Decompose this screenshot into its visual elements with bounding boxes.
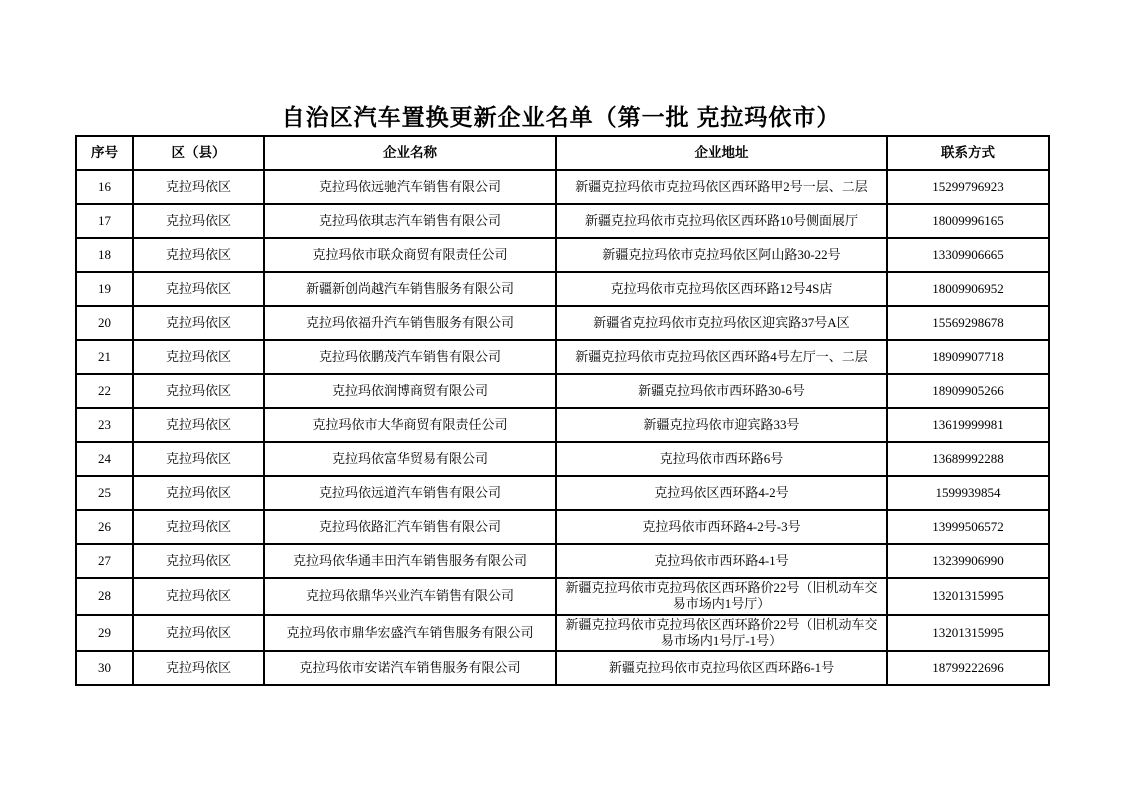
- table-row: 17克拉玛依区克拉玛依琪志汽车销售有限公司新疆克拉玛依市克拉玛依区西环路10号侧…: [76, 204, 1049, 238]
- phone-cell: 13309906665: [887, 238, 1049, 272]
- phone-cell: 13201315995: [887, 615, 1049, 652]
- row-number-cell: 21: [76, 340, 133, 374]
- header-company-name: 企业名称: [264, 136, 556, 170]
- header-company-address: 企业地址: [556, 136, 887, 170]
- phone-cell: 13689992288: [887, 442, 1049, 476]
- district-cell: 克拉玛依区: [133, 340, 264, 374]
- company-name-cell: 克拉玛依福升汽车销售服务有限公司: [264, 306, 556, 340]
- row-number-cell: 18: [76, 238, 133, 272]
- table-row: 20克拉玛依区克拉玛依福升汽车销售服务有限公司新疆省克拉玛依市克拉玛依区迎宾路3…: [76, 306, 1049, 340]
- district-cell: 克拉玛依区: [133, 544, 264, 578]
- company-name-cell: 克拉玛依富华贸易有限公司: [264, 442, 556, 476]
- phone-cell: 15569298678: [887, 306, 1049, 340]
- company-name-cell: 克拉玛依市大华商贸有限责任公司: [264, 408, 556, 442]
- table-row: 25克拉玛依区克拉玛依远道汽车销售有限公司克拉玛依区西环路4-2号1599939…: [76, 476, 1049, 510]
- company-address-cell: 克拉玛依区西环路4-2号: [556, 476, 887, 510]
- phone-cell: 13239906990: [887, 544, 1049, 578]
- company-name-cell: 克拉玛依鼎华兴业汽车销售有限公司: [264, 578, 556, 615]
- row-number-cell: 30: [76, 651, 133, 685]
- phone-cell: 18009906952: [887, 272, 1049, 306]
- company-name-cell: 克拉玛依远道汽车销售有限公司: [264, 476, 556, 510]
- company-name-cell: 克拉玛依远驰汽车销售有限公司: [264, 170, 556, 204]
- table-row: 26克拉玛依区克拉玛依路汇汽车销售有限公司克拉玛依市西环路4-2号-3号1399…: [76, 510, 1049, 544]
- company-name-cell: 克拉玛依华通丰田汽车销售服务有限公司: [264, 544, 556, 578]
- table-row: 18克拉玛依区克拉玛依市联众商贸有限责任公司新疆克拉玛依市克拉玛依区阿山路30-…: [76, 238, 1049, 272]
- company-address-cell: 克拉玛依市西环路6号: [556, 442, 887, 476]
- company-address-cell: 新疆克拉玛依市克拉玛依区西环路4号左厅一、二层: [556, 340, 887, 374]
- company-address-cell: 新疆克拉玛依市克拉玛依区西环路甲2号一层、二层: [556, 170, 887, 204]
- company-address-cell: 克拉玛依市西环路4-1号: [556, 544, 887, 578]
- company-address-cell: 新疆克拉玛依市克拉玛依区西环路10号侧面展厅: [556, 204, 887, 238]
- table-row: 29克拉玛依区克拉玛依市鼎华宏盛汽车销售服务有限公司新疆克拉玛依市克拉玛依区西环…: [76, 615, 1049, 652]
- table-row: 19克拉玛依区新疆新创尚越汽车销售服务有限公司克拉玛依市克拉玛依区西环路12号4…: [76, 272, 1049, 306]
- company-address-cell: 新疆克拉玛依市迎宾路33号: [556, 408, 887, 442]
- district-cell: 克拉玛依区: [133, 238, 264, 272]
- company-table: 序号 区（县） 企业名称 企业地址 联系方式 16克拉玛依区克拉玛依远驰汽车销售…: [75, 135, 1050, 686]
- row-number-cell: 19: [76, 272, 133, 306]
- phone-cell: 13619999981: [887, 408, 1049, 442]
- phone-cell: 18909905266: [887, 374, 1049, 408]
- row-number-cell: 25: [76, 476, 133, 510]
- district-cell: 克拉玛依区: [133, 651, 264, 685]
- phone-cell: 13201315995: [887, 578, 1049, 615]
- table-row: 21克拉玛依区克拉玛依鹏茂汽车销售有限公司新疆克拉玛依市克拉玛依区西环路4号左厅…: [76, 340, 1049, 374]
- row-number-cell: 26: [76, 510, 133, 544]
- phone-cell: 18009996165: [887, 204, 1049, 238]
- company-name-cell: 克拉玛依润博商贸有限公司: [264, 374, 556, 408]
- district-cell: 克拉玛依区: [133, 442, 264, 476]
- company-name-cell: 克拉玛依市安诺汽车销售服务有限公司: [264, 651, 556, 685]
- district-cell: 克拉玛依区: [133, 170, 264, 204]
- header-district: 区（县）: [133, 136, 264, 170]
- phone-cell: 1599939854: [887, 476, 1049, 510]
- table-row: 22克拉玛依区克拉玛依润博商贸有限公司新疆克拉玛依市西环路30-6号189099…: [76, 374, 1049, 408]
- row-number-cell: 22: [76, 374, 133, 408]
- header-contact: 联系方式: [887, 136, 1049, 170]
- row-number-cell: 29: [76, 615, 133, 652]
- phone-cell: 15299796923: [887, 170, 1049, 204]
- table-row: 16克拉玛依区克拉玛依远驰汽车销售有限公司新疆克拉玛依市克拉玛依区西环路甲2号一…: [76, 170, 1049, 204]
- row-number-cell: 24: [76, 442, 133, 476]
- company-address-cell: 新疆克拉玛依市克拉玛依区西环路价22号（旧机动车交易市场内1号厅）: [556, 578, 887, 615]
- company-address-cell: 克拉玛依市西环路4-2号-3号: [556, 510, 887, 544]
- table-row: 30克拉玛依区克拉玛依市安诺汽车销售服务有限公司新疆克拉玛依市克拉玛依区西环路6…: [76, 651, 1049, 685]
- company-name-cell: 克拉玛依琪志汽车销售有限公司: [264, 204, 556, 238]
- company-name-cell: 新疆新创尚越汽车销售服务有限公司: [264, 272, 556, 306]
- table-row: 28克拉玛依区克拉玛依鼎华兴业汽车销售有限公司新疆克拉玛依市克拉玛依区西环路价2…: [76, 578, 1049, 615]
- company-address-cell: 新疆克拉玛依市克拉玛依区西环路6-1号: [556, 651, 887, 685]
- table-row: 27克拉玛依区克拉玛依华通丰田汽车销售服务有限公司克拉玛依市西环路4-1号132…: [76, 544, 1049, 578]
- header-seq: 序号: [76, 136, 133, 170]
- district-cell: 克拉玛依区: [133, 306, 264, 340]
- row-number-cell: 27: [76, 544, 133, 578]
- district-cell: 克拉玛依区: [133, 578, 264, 615]
- phone-cell: 13999506572: [887, 510, 1049, 544]
- table-body: 16克拉玛依区克拉玛依远驰汽车销售有限公司新疆克拉玛依市克拉玛依区西环路甲2号一…: [76, 170, 1049, 685]
- row-number-cell: 16: [76, 170, 133, 204]
- row-number-cell: 17: [76, 204, 133, 238]
- district-cell: 克拉玛依区: [133, 374, 264, 408]
- phone-cell: 18799222696: [887, 651, 1049, 685]
- company-address-cell: 新疆省克拉玛依市克拉玛依区迎宾路37号A区: [556, 306, 887, 340]
- district-cell: 克拉玛依区: [133, 476, 264, 510]
- phone-cell: 18909907718: [887, 340, 1049, 374]
- table-header-row: 序号 区（县） 企业名称 企业地址 联系方式: [76, 136, 1049, 170]
- company-address-cell: 新疆克拉玛依市克拉玛依区西环路价22号（旧机动车交易市场内1号厅-1号）: [556, 615, 887, 652]
- district-cell: 克拉玛依区: [133, 272, 264, 306]
- row-number-cell: 23: [76, 408, 133, 442]
- company-name-cell: 克拉玛依市鼎华宏盛汽车销售服务有限公司: [264, 615, 556, 652]
- company-address-cell: 克拉玛依市克拉玛依区西环路12号4S店: [556, 272, 887, 306]
- company-address-cell: 新疆克拉玛依市克拉玛依区阿山路30-22号: [556, 238, 887, 272]
- row-number-cell: 28: [76, 578, 133, 615]
- district-cell: 克拉玛依区: [133, 615, 264, 652]
- table-row: 24克拉玛依区克拉玛依富华贸易有限公司克拉玛依市西环路6号13689992288: [76, 442, 1049, 476]
- row-number-cell: 20: [76, 306, 133, 340]
- district-cell: 克拉玛依区: [133, 510, 264, 544]
- table-row: 23克拉玛依区克拉玛依市大华商贸有限责任公司新疆克拉玛依市迎宾路33号13619…: [76, 408, 1049, 442]
- district-cell: 克拉玛依区: [133, 408, 264, 442]
- company-name-cell: 克拉玛依路汇汽车销售有限公司: [264, 510, 556, 544]
- company-name-cell: 克拉玛依鹏茂汽车销售有限公司: [264, 340, 556, 374]
- company-address-cell: 新疆克拉玛依市西环路30-6号: [556, 374, 887, 408]
- page-title: 自治区汽车置换更新企业名单（第一批 克拉玛依市）: [0, 99, 1122, 132]
- company-name-cell: 克拉玛依市联众商贸有限责任公司: [264, 238, 556, 272]
- district-cell: 克拉玛依区: [133, 204, 264, 238]
